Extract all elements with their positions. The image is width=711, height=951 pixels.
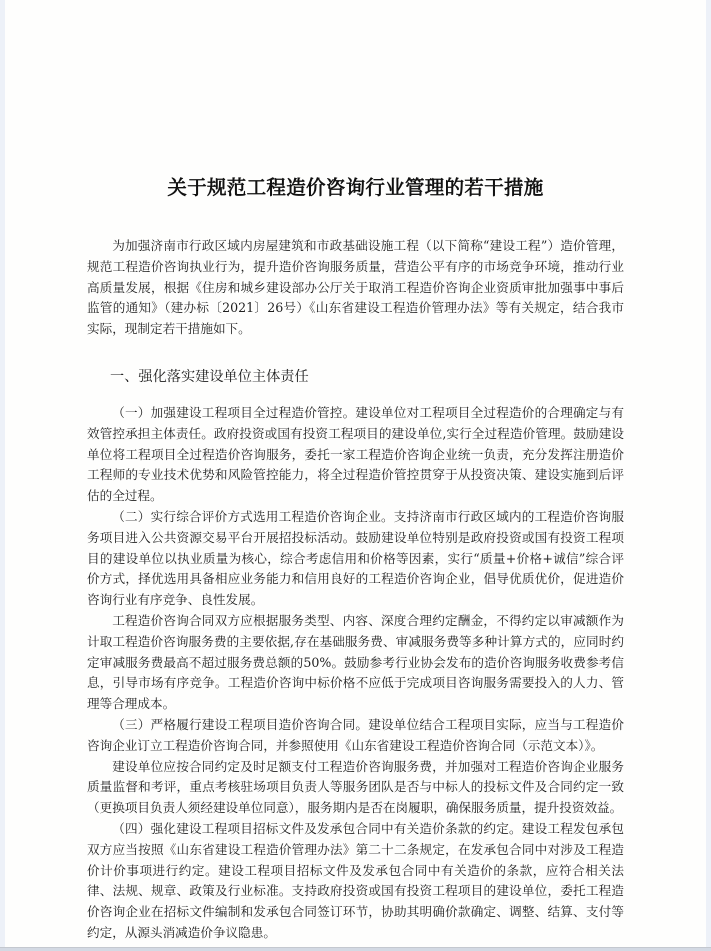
paragraph-item-4: （四）强化建设工程项目招标文件及发承包合同中有关造价条款的约定。建设工程发包承包… [87,819,624,944]
intro-paragraph: 为加强济南市行政区域内房屋建筑和市政基础设施工程（以下简称“建设工程”）造价管理… [87,236,624,340]
paragraph-fee-clause: 工程造价咨询合同双方应根据服务类型、内容、深度合理约定酬金，不得约定以审减额作为… [87,611,624,715]
intro-paragraph-block: 为加强济南市行政区域内房屋建筑和市政基础设施工程（以下简称“建设工程”）造价管理… [87,236,624,340]
section-heading-1: 一、强化落实建设单位主体责任 [110,366,309,386]
viewer-bottom-edge [0,947,711,951]
section-1-body: （一）加强建设工程项目全过程造价管控。建设单位对工程项目全过程造价的合理确定与有… [87,403,624,944]
paragraph-item-3: （三）严格履行建设工程项目造价咨询合同。建设单位结合工程项目实际，应当与工程造价… [87,715,624,757]
document-viewer: 关于规范工程造价咨询行业管理的若干措施 为加强济南市行政区域内房屋建筑和市政基础… [0,0,711,951]
paragraph-item-2: （二）实行综合评价方式选用工程造价咨询企业。支持济南市行政区域内的工程造价咨询服… [87,507,624,611]
paragraph-payment-clause: 建设单位应按合同约定及时足额支付工程造价咨询服务费，并加强对工程造价咨询企业服务… [87,757,624,819]
document-title: 关于规范工程造价咨询行业管理的若干措施 [0,172,711,200]
paragraph-item-1: （一）加强建设工程项目全过程造价管控。建设单位对工程项目全过程造价的合理确定与有… [87,403,624,507]
